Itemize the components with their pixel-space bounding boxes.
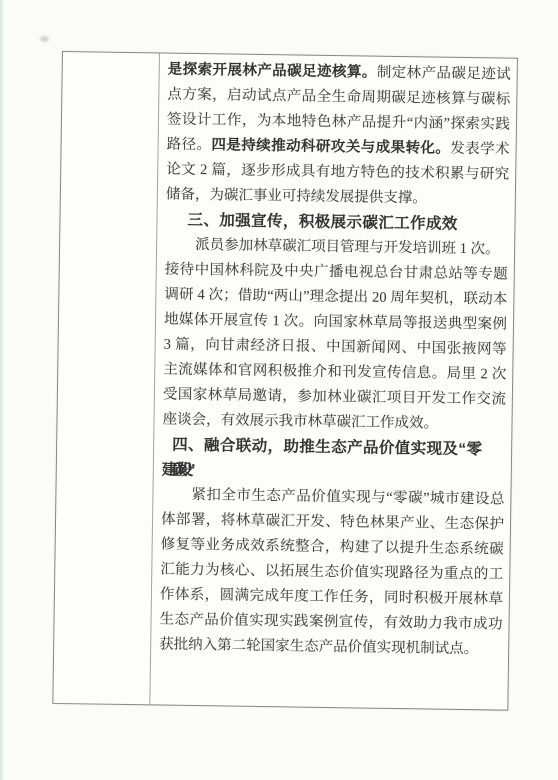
text-segment: 座谈会，有效展示我市林草碳汇工作成效。	[162, 412, 438, 432]
scan-edge-artifact	[0, 0, 4, 780]
heading-line: 四、融合联动，助推生态产品价值实现及“零碳”	[162, 433, 505, 463]
text-segment: 发表学术	[450, 141, 510, 158]
text-segment: 路径。	[167, 137, 212, 154]
text-segment: 地媒体开展宣传 1 次。向国家林草局等报送典型案例	[164, 312, 507, 333]
text-segment: 受国家林草局邀请，参加林业碳汇项目开发工作交流	[163, 387, 506, 408]
text-segment: 主流媒体和官网积极推介和刊发宣传信息。局里 2 次	[163, 362, 506, 383]
text-segment: 作体系，圆满完成年度工作任务，同时积极开展林草	[160, 587, 503, 608]
text-segment: 建设	[162, 462, 194, 479]
scan-smudge-artifact	[40, 36, 49, 42]
table-label-cell-empty	[53, 52, 160, 704]
text-segment: 接待中国林科院及中央广播电视总台甘肃总站等专题	[165, 262, 508, 283]
text-line: 获批纳入第二轮国家生态产品价值实现机制试点。	[159, 633, 502, 663]
scanned-document-page: 是探索开展林产品碳足迹核算。制定林产品碳足迹试点方案，启动试点产品全生命周期碳足…	[0, 0, 558, 780]
text-segment: 3 篇，向甘肃经济日报、中国新闻网、中国张掖网等	[164, 337, 507, 358]
cell-content-text: 是探索开展林产品碳足迹核算。制定林产品碳足迹试点方案，启动试点产品全生命周期碳足…	[151, 53, 517, 709]
text-segment: 调研 4 次；借助“两山”理念提出 20 周年契机，联动本	[164, 287, 507, 308]
text-segment: 汇能力为核心、以拓展生态价值实现路径为重点的工	[160, 562, 503, 583]
text-segment: 论文 2 篇，逐步形成具有地方特色的技术积累与研究	[166, 162, 509, 183]
text-segment: 是探索开展林产品碳足迹核算。	[168, 62, 377, 81]
text-segment: 生态产品价值实现实践案例宣传，有效助力我市成功	[159, 612, 502, 633]
report-table-continuation: 是探索开展林产品碳足迹核算。制定林产品碳足迹试点方案，启动试点产品全生命周期碳足…	[52, 51, 518, 711]
text-segment: 体部署，将林草碳汇开发、特色林果产业、生态保护	[161, 512, 504, 533]
text-segment: 获批纳入第二轮国家生态产品价值实现机制试点。	[159, 637, 478, 658]
text-segment: 签设计工作，为本地特色林产品提升“内涵”探索实践	[167, 112, 510, 133]
text-segment: 派员参加林草碳汇项目管理与开发培训班 1 次。	[195, 237, 500, 258]
text-segment: 制定林产品碳足迹试	[377, 65, 511, 83]
text-segment: 三、加强宣传，积极展示碳汇工作成效	[187, 212, 458, 233]
text-segment: 点方案，启动试点产品全生命周期碳足迹核算与碳标	[167, 87, 510, 108]
text-segment: 修复等业务成效系统整合，构建了以提升生态系统碳	[161, 537, 504, 558]
text-segment: 四是持续推动科研攻关与成果转化。	[211, 137, 450, 157]
text-segment: 储备，为碳汇事业可持续发展提供支撑。	[166, 187, 427, 207]
text-segment: 紧扣全市生态产品价值实现与“零碳”城市建设总	[191, 487, 504, 508]
